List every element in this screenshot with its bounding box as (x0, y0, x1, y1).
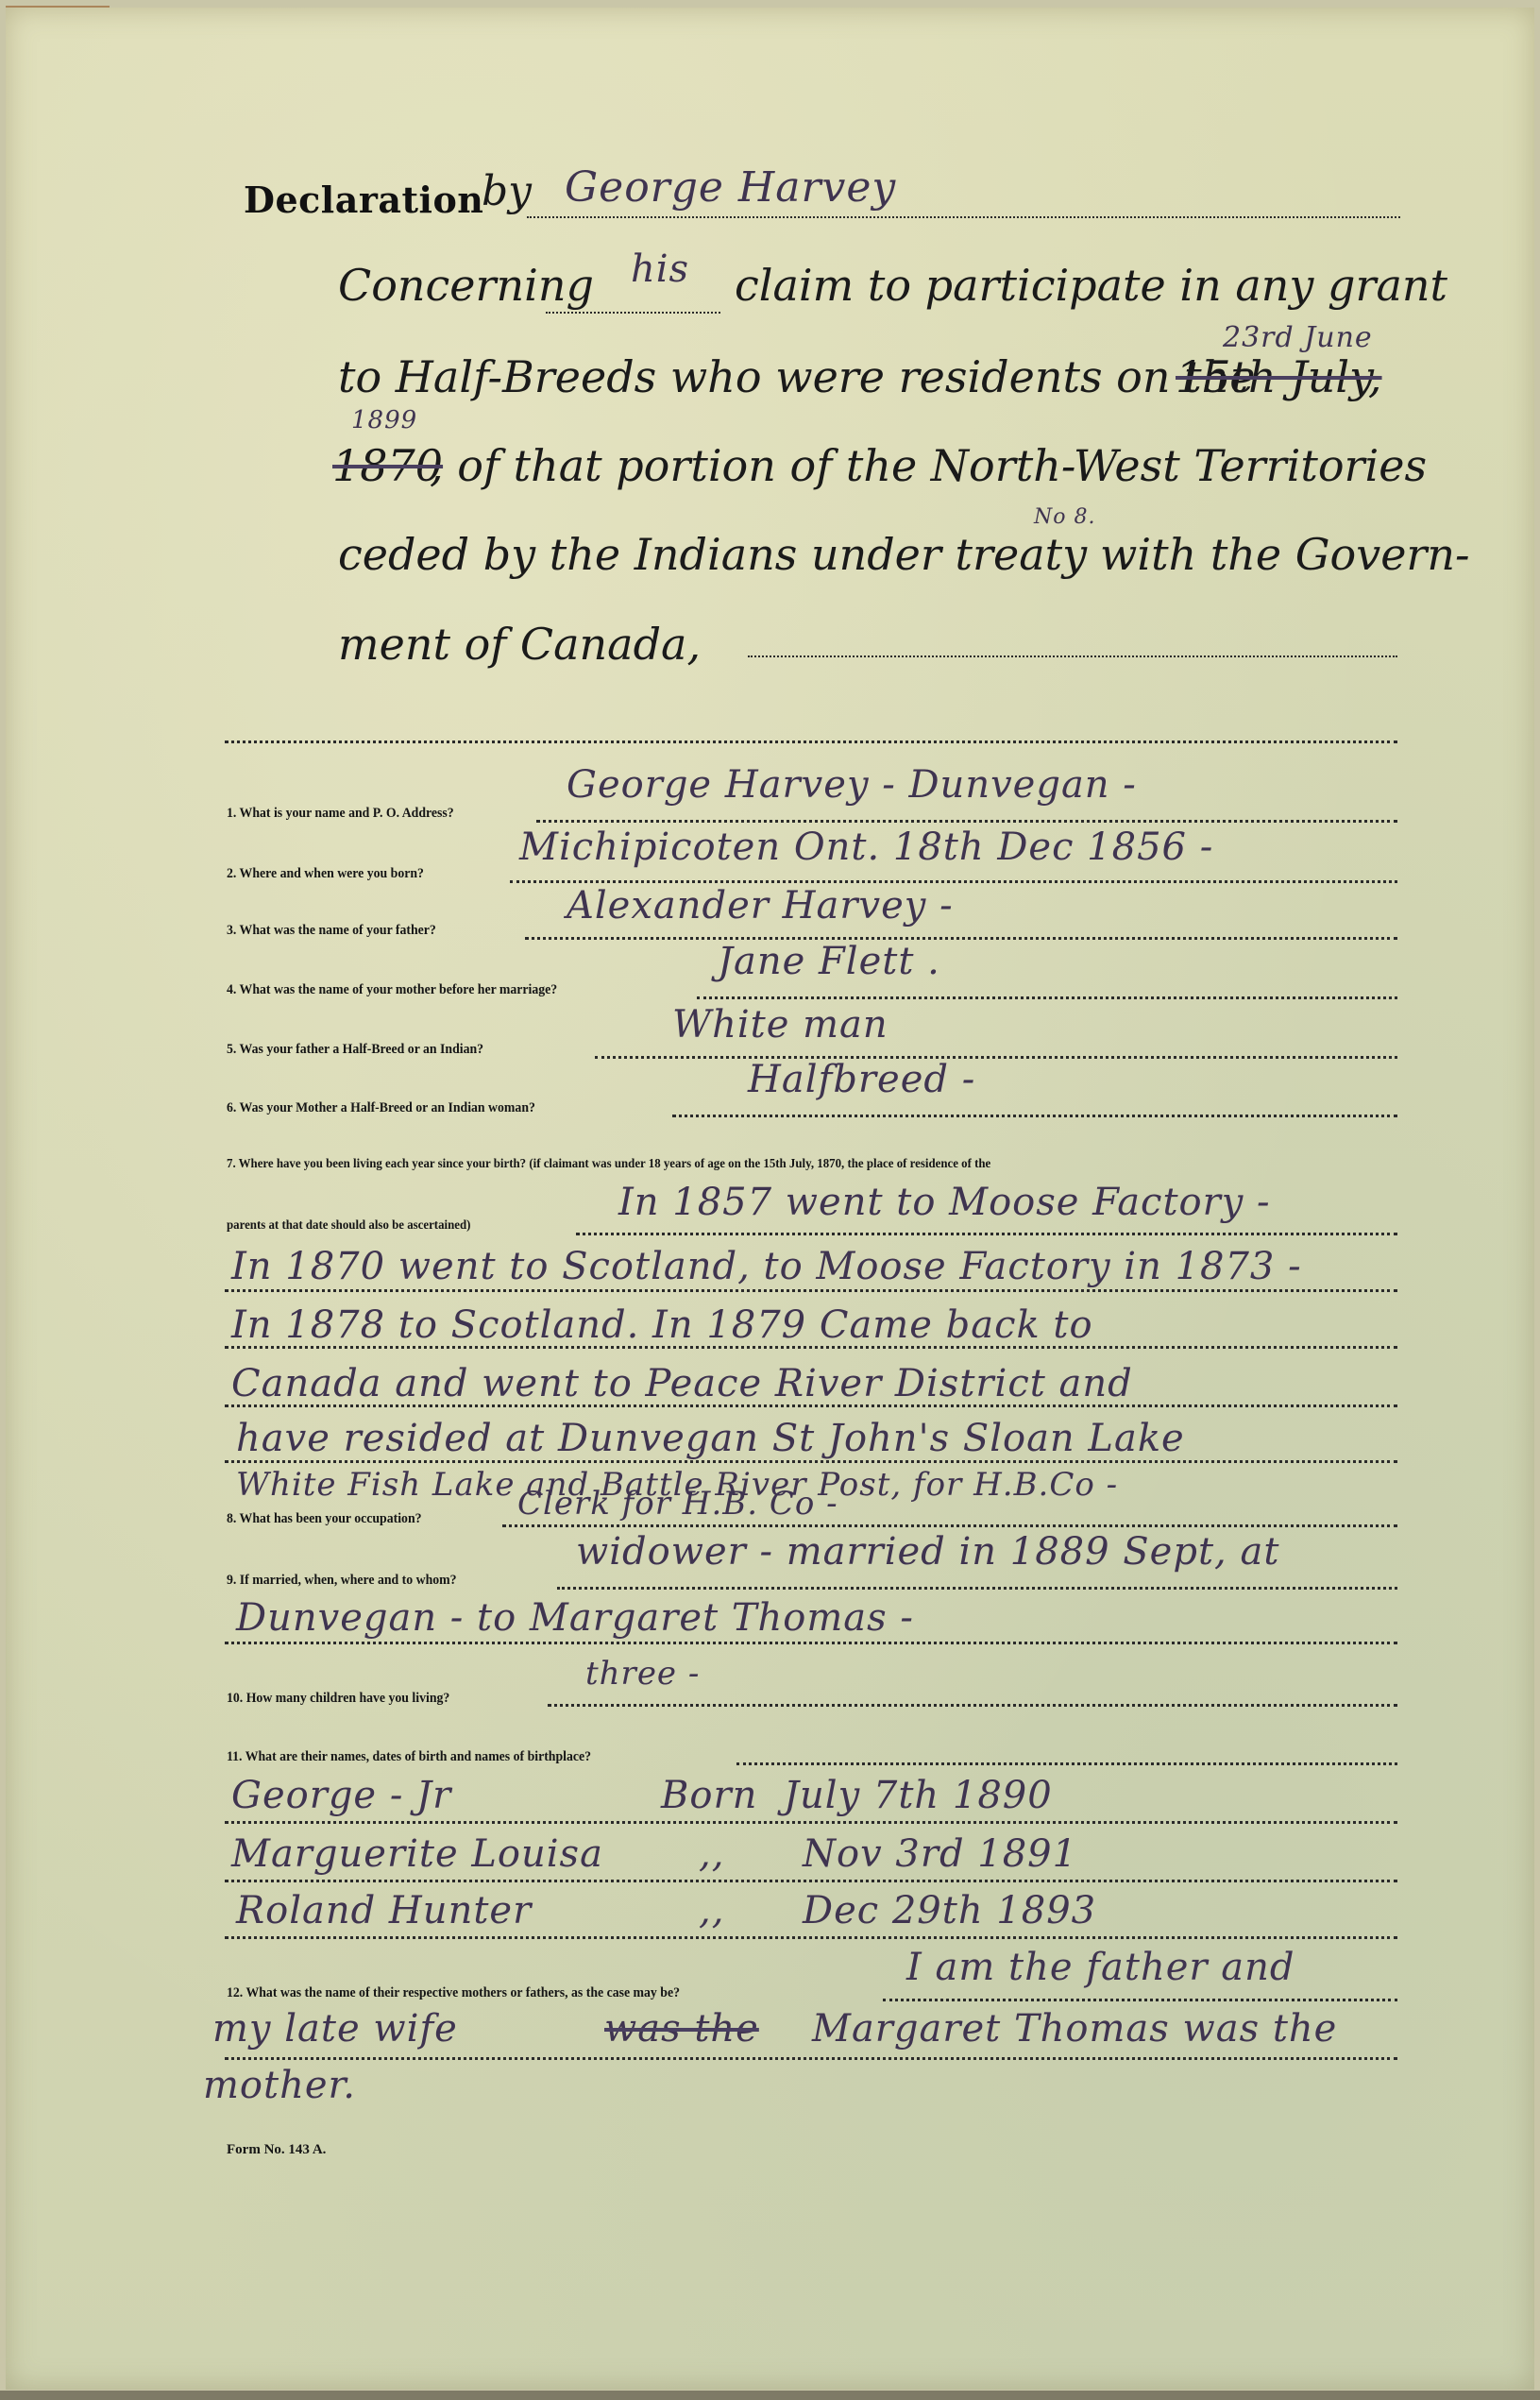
declarant-name: George Harvey (565, 163, 896, 212)
treaty-number: No 8. (1034, 505, 1095, 529)
child-3-name: Roland Hunter (236, 1889, 532, 1932)
answer-3: Alexander Harvey - (567, 884, 954, 928)
answer-line (536, 820, 1397, 823)
answer-12-struck: was the (604, 2007, 759, 2051)
preamble-line4-prefix: ceded by the Indians under treaty (338, 529, 1087, 580)
heading-row: Declaration by George Harvey (244, 175, 1400, 231)
question-8: 8. What has been your occupation? (227, 1511, 422, 1527)
question-12: 12. What was the name of their respectiv… (227, 1985, 680, 2001)
question-11: 11. What are their names, dates of birth… (227, 1749, 591, 1765)
background-edge (0, 2391, 1540, 2400)
answer-10: three - (585, 1655, 700, 1693)
preamble-line2: to Half-Breeds who were residents on the (338, 351, 1255, 402)
answer-line (225, 1642, 1397, 1644)
answer-line (672, 1115, 1397, 1117)
answer-8: Clerk for H.B. Co - (517, 1485, 838, 1523)
answer-line (557, 1587, 1397, 1590)
answer-12-line-3: mother. (203, 2064, 356, 2107)
answer-line (225, 1460, 1397, 1463)
question-4: 4. What was the name of your mother befo… (227, 982, 557, 998)
answer-line (225, 1936, 1397, 1939)
preamble-line5: ment of Canada, (338, 619, 701, 670)
answer-4: Jane Flett . (718, 940, 940, 983)
answer-line (225, 1880, 1397, 1882)
answer-line (576, 1233, 1397, 1235)
answer-7-line-5: have resided at Dunvegan St John's Sloan… (236, 1417, 1185, 1460)
question-2: 2. Where and when were you born? (227, 866, 424, 882)
preamble-concerning: Concerning (338, 260, 594, 311)
child-2-born-label: ,, (699, 1832, 724, 1876)
preamble-pronoun: his (631, 247, 689, 291)
heading-by: by (482, 167, 532, 215)
question-6: 6. Was your Mother a Half-Breed or an In… (227, 1100, 535, 1116)
question-5: 5. Was your father a Half-Breed or an In… (227, 1042, 483, 1058)
answer-line (548, 1704, 1397, 1707)
answer-line (883, 1999, 1397, 2001)
struck-date: 15th July, (1176, 351, 1382, 402)
answer-6: Halfbreed - (748, 1058, 975, 1101)
answer-line (510, 880, 1397, 883)
dotted-line (748, 655, 1397, 657)
question-7: 7. Where have you been living each year … (227, 1157, 990, 1172)
question-10: 10. How many children have you living? (227, 1691, 449, 1707)
corrected-year: 1899 (351, 406, 417, 434)
question-7-cont: parents at that date should also be asce… (227, 1218, 470, 1234)
answer-line (595, 1056, 1397, 1059)
answer-7-line-3: In 1878 to Scotland. In 1879 Came back t… (231, 1303, 1093, 1347)
answer-12-line-2b: Margaret Thomas was the (812, 2007, 1337, 2051)
answer-7-line-1: In 1857 went to Moose Factory - (618, 1181, 1271, 1224)
answer-5: White man (672, 1003, 888, 1047)
form-number: Form No. 143 A. (227, 2142, 326, 2158)
child-2-name: Marguerite Louisa (231, 1832, 603, 1876)
corrected-date: 23rd June (1223, 321, 1373, 354)
child-3-born-label: ,, (699, 1889, 724, 1932)
answer-7-line-2: In 1870 went to Scotland, to Moose Facto… (231, 1245, 1302, 1288)
answer-12-line-2a: my late wife (212, 2007, 458, 2051)
answer-2: Michipicoten Ont. 18th Dec 1856 - (519, 826, 1213, 869)
preamble-line1: claim to participate in any grant (735, 260, 1447, 311)
answer-line (225, 1404, 1397, 1407)
question-1: 1. What is your name and P. O. Address? (227, 806, 454, 822)
child-3-date: Dec 29th 1893 (803, 1889, 1096, 1932)
answer-line (225, 2057, 1397, 2060)
answer-line (225, 1346, 1397, 1349)
answer-1: George Harvey - Dunvegan - (567, 763, 1137, 807)
answer-9-line-1: widower - married in 1889 Sept, at (576, 1530, 1279, 1574)
answer-12-line-1: I am the father and (906, 1946, 1295, 1989)
dotted-line (527, 216, 1400, 218)
struck-year: 1870 (332, 440, 443, 491)
question-9: 9. If married, when, where and to whom? (227, 1573, 457, 1589)
preamble-line4-suffix: with the Govern- (1100, 529, 1470, 580)
form-heading: Declaration (244, 179, 483, 221)
child-2-date: Nov 3rd 1891 (803, 1832, 1077, 1876)
answer-9-line-2: Dunvegan - to Margaret Thomas - (236, 1596, 914, 1640)
answer-line (502, 1524, 1397, 1527)
child-1-date: July 7th 1890 (784, 1774, 1053, 1817)
dotted-line (225, 740, 1397, 743)
preamble-line3: , of that portion of the North-West Terr… (430, 440, 1427, 491)
answer-line (736, 1762, 1397, 1765)
dotted-line (546, 312, 720, 314)
child-1-born-label: Born (661, 1774, 757, 1817)
answer-line (225, 1821, 1397, 1824)
answer-line (697, 996, 1397, 999)
answer-line (525, 937, 1397, 940)
answer-7-line-4: Canada and went to Peace River District … (231, 1362, 1133, 1405)
child-1-name: George - Jr (231, 1774, 451, 1817)
answer-line (225, 1289, 1397, 1292)
question-3: 3. What was the name of your father? (227, 923, 436, 939)
